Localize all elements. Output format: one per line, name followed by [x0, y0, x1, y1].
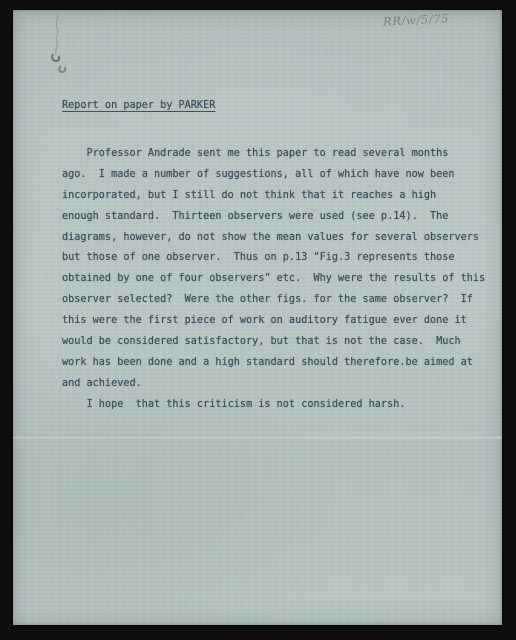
typed-line: would be considered satisfactory, but th…	[62, 332, 485, 353]
fold-crease	[13, 436, 502, 439]
typed-line: enough standard. Thirteen observers were…	[62, 207, 485, 228]
typed-line: but those of one observer. Thus on p.13 …	[62, 248, 485, 269]
typed-body: Professor Andrade sent me this paper to …	[62, 144, 485, 416]
typed-line: diagrams, however, do not show the mean …	[62, 228, 485, 249]
typed-line: I hope that this criticism is not consid…	[62, 395, 485, 416]
typed-line: obtained by one of four observers" etc. …	[62, 269, 485, 290]
typed-line: work has been done and a high standard s…	[62, 353, 485, 374]
typed-line: and achieved.	[62, 374, 485, 395]
typed-line: incorporated, but I still do not think t…	[62, 186, 485, 207]
report-title: Report on paper by PARKER	[62, 100, 215, 111]
typed-line: Professor Andrade sent me this paper to …	[62, 144, 485, 165]
paper-sheet: RR/w/5/75 Report on paper by PARKER Prof…	[13, 10, 502, 625]
typed-line: observer selected? Were the other figs. …	[62, 290, 485, 311]
scanned-document: RR/w/5/75 Report on paper by PARKER Prof…	[0, 0, 516, 640]
staple-mark-icon	[41, 8, 75, 74]
typed-line: this were the first piece of work on aud…	[62, 311, 485, 332]
handwritten-reference: RR/w/5/75	[383, 11, 450, 28]
typed-line: ago. I made a number of suggestions, all…	[62, 165, 485, 186]
